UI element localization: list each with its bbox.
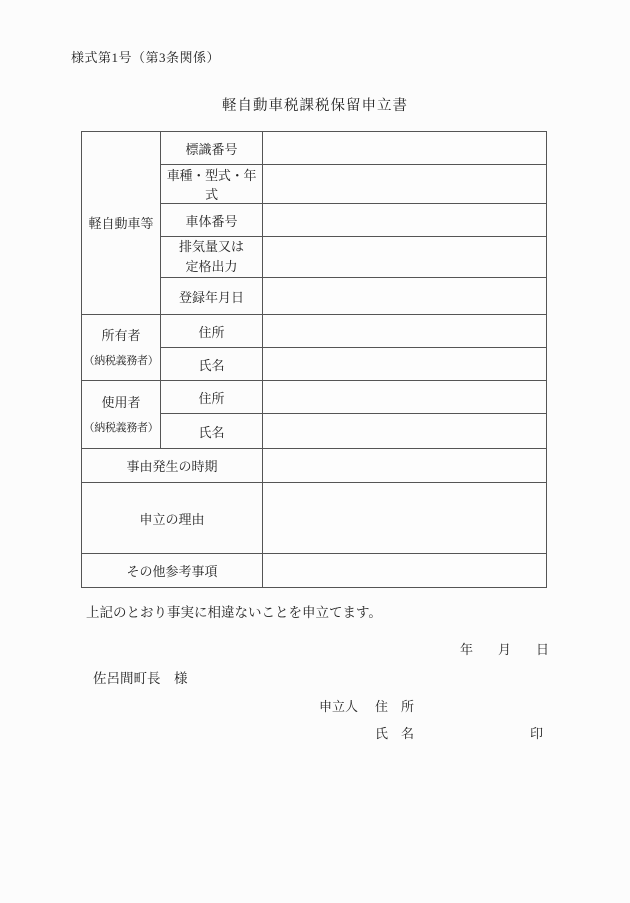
model-type-year-label: 車種・型式・年式 [161, 165, 263, 204]
user-role-label: 使用者 [82, 395, 160, 410]
user-role-sub-label: （納税義務者） [82, 422, 160, 435]
applicant-label: 申立人 [319, 699, 358, 714]
table-row: 軽自動車等 標識番号 [82, 132, 547, 165]
owner-address-label: 住所 [161, 315, 263, 348]
user-address-value-cell [263, 381, 547, 414]
occurrence-period-label: 事由発生の時期 [82, 449, 263, 483]
vehicle-group-cell: 軽自動車等 [82, 132, 161, 315]
displacement-label: 排気量又は 定格出力 [161, 237, 263, 278]
user-address-label: 住所 [161, 381, 263, 414]
applicant-address-label: 住 所 [375, 699, 414, 714]
owner-group-cell: 所有者 （納税義務者） [82, 315, 161, 381]
user-name-value-cell [263, 414, 547, 449]
registration-date-value-cell [263, 278, 547, 315]
form-page: 様式第1号（第3条関係） 軽自動車税課税保留申立書 軽自動車等 標識番号 車種・… [0, 0, 630, 903]
form-number: 様式第1号（第3条関係） [71, 47, 220, 66]
other-remarks-value-cell [263, 554, 547, 588]
owner-name-value-cell [263, 348, 547, 381]
page-title: 軽自動車税課税保留申立書 [0, 94, 630, 115]
date-month-label: 月 [498, 642, 511, 657]
displacement-value-cell [263, 237, 547, 278]
body-number-label: 車体番号 [161, 204, 263, 237]
model-type-year-value-cell [263, 165, 547, 204]
other-remarks-label: その他参考事項 [82, 554, 263, 588]
reason-label: 申立の理由 [82, 483, 263, 554]
owner-role-sub-label: （納税義務者） [82, 355, 160, 368]
date-day-label: 日 [536, 642, 549, 657]
date-year-label: 年 [460, 642, 473, 657]
user-name-label: 氏名 [161, 414, 263, 449]
declaration-text: 上記のとおり事実に相違ないことを申立てます。 [86, 605, 382, 620]
table-row: その他参考事項 [82, 554, 547, 588]
seal-label: 印 [530, 726, 543, 741]
table-row: 申立の理由 [82, 483, 547, 554]
addressee-text: 佐呂間町長 様 [93, 671, 188, 686]
vehicle-group-label: 軽自動車等 [82, 216, 160, 231]
table-row: 使用者 （納税義務者） 住所 [82, 381, 547, 414]
owner-role-label: 所有者 [82, 328, 160, 343]
registration-date-label: 登録年月日 [161, 278, 263, 315]
reason-value-cell [263, 483, 547, 554]
user-group-cell: 使用者 （納税義務者） [82, 381, 161, 449]
application-table: 軽自動車等 標識番号 車種・型式・年式 車体番号 排気量又は 定格出力 登録年月… [81, 131, 547, 588]
date-line: 年 月 日 [460, 642, 549, 657]
occurrence-period-value-cell [263, 449, 547, 483]
owner-name-label: 氏名 [161, 348, 263, 381]
owner-address-value-cell [263, 315, 547, 348]
applicant-name-label: 氏 名 [375, 726, 414, 741]
table-row: 所有者 （納税義務者） 住所 [82, 315, 547, 348]
plate-number-value-cell [263, 132, 547, 165]
body-number-value-cell [263, 204, 547, 237]
table-row: 事由発生の時期 [82, 449, 547, 483]
plate-number-label: 標識番号 [161, 132, 263, 165]
